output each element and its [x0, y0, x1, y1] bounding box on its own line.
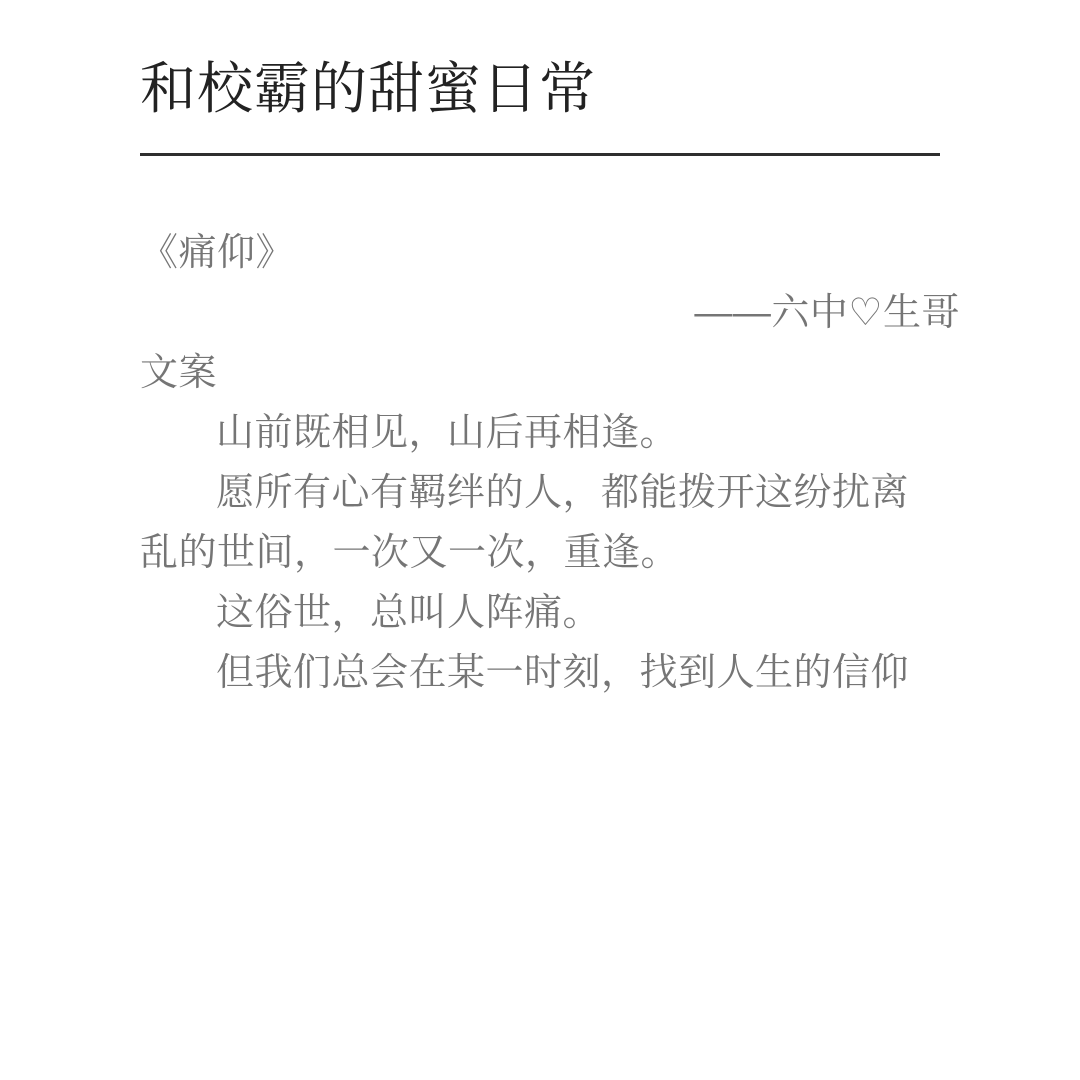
- synopsis-paragraph: 愿所有心有羁绊的人，都能拨开这纷扰离乱的世间，一次又一次，重逢。: [140, 463, 920, 583]
- document-page: 和校霸的甜蜜日常 《痛仰》 ——六中♡生哥 文案 山前既相见，山后再相逢。 愿所…: [0, 0, 1080, 1080]
- book-title: 《痛仰》: [140, 223, 960, 283]
- title-divider: [140, 153, 940, 156]
- author-attribution: ——六中♡生哥: [140, 283, 960, 343]
- synopsis-paragraph: 山前既相见，山后再相逢。: [140, 403, 920, 463]
- page-title: 和校霸的甜蜜日常: [140, 58, 960, 120]
- document-content: 和校霸的甜蜜日常 《痛仰》 ——六中♡生哥 文案 山前既相见，山后再相逢。 愿所…: [0, 0, 1080, 703]
- synopsis-paragraph: 这俗世，总叫人阵痛。: [140, 583, 920, 643]
- synopsis-block: 《痛仰》 ——六中♡生哥 文案 山前既相见，山后再相逢。 愿所有心有羁绊的人，都…: [140, 223, 960, 703]
- section-label-copy: 文案: [140, 343, 960, 403]
- synopsis-paragraph: 但我们总会在某一时刻，找到人生的信仰: [140, 643, 920, 703]
